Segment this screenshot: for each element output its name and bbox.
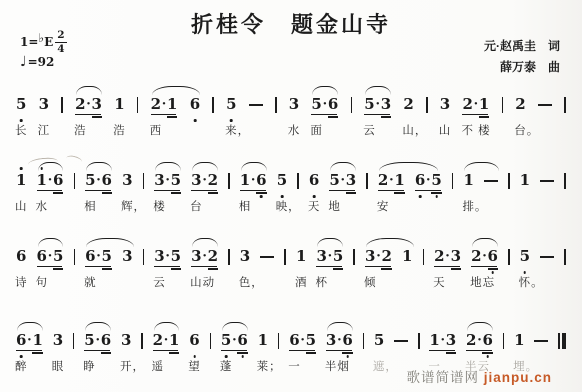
note-group: 2山， [403,96,413,113]
lyric-syllable: 水 [36,198,49,214]
sixteenth-beam [171,192,181,193]
sixteenth-beam [256,192,266,193]
note-number: 5 [374,332,384,349]
barline [502,97,504,113]
lyric-syllable: 楼 [153,198,166,214]
note-group: 3 [122,248,132,265]
sixteenth-beam [479,116,489,117]
note-group: 1浩 [114,96,124,113]
barline [74,249,76,265]
lyric-syllable: 水 [288,122,301,138]
sixteenth-beam [92,116,102,117]
note-group: 5来， [226,96,236,113]
barline [353,249,355,265]
note-number: 6 [342,332,352,349]
slur-arc [327,322,353,331]
quarter-note-icon: ♩ [20,54,27,70]
slur-arc [317,238,343,247]
note-number: 3 [121,332,131,349]
barline [508,173,510,189]
note-number: 1 [429,332,439,349]
time-signature: 2 4 [55,30,66,54]
note-number: 2 [378,172,388,189]
lyric-syllable: 半烟 [325,358,350,374]
sixteenth-beam [101,352,111,353]
slur-arc [366,238,414,247]
note-number: 2 [471,248,481,265]
lyric-syllable: 来， [225,122,250,138]
slur-arc [467,322,493,331]
sheet-music-page: 折桂令 题金山寺 1=♭E 2 4 ♩=92 元·赵禹圭 词 薛万泰 曲 5长3… [0,0,582,392]
note-group: 5长 [16,96,26,113]
note-group: 3·5杯 [316,248,343,265]
barline [423,249,425,265]
barline [74,173,76,189]
note-number: 5 [171,172,181,189]
note-group: 1埋。 [514,332,524,349]
note-number: 5 [53,248,63,265]
lyric-syllable: 醉 [15,358,28,374]
watermark: 歌谱简谱网 jianpu.cn [406,366,552,386]
note-number: 5 [226,96,236,113]
note-number: 3 [122,172,132,189]
note-group: 3辉， [122,172,132,189]
lyric-syllable: 莱； [257,358,282,374]
note-group: 1 [402,248,412,265]
note-number: 3 [365,248,375,265]
note-number: 1 [394,172,404,189]
duration-dash [394,340,408,342]
lyric-syllable: 云 [153,274,166,290]
lyric-syllable: 天 [433,274,446,290]
octave-dot-below [419,195,422,198]
key-signature: 1=♭E 2 4 [20,32,67,52]
lyric-syllable: 句 [36,274,49,290]
barline [73,333,75,349]
note-number: 1 [520,172,530,189]
note-number: 1 [167,96,177,113]
barline [143,173,145,189]
slur-arc [222,322,248,331]
meter-denominator: 4 [57,44,64,55]
note-group: 2台。 [515,96,525,113]
slur-arc [241,162,267,171]
watermark-site-name: 歌谱简谱网 [406,370,483,385]
duration-dash [484,180,498,182]
note-number: 1 [169,332,179,349]
slur-arc [379,162,438,171]
note-group: 3·5楼 [154,172,181,189]
music-line-2: 1山1·6水5·6相3辉，3·5楼3·2台1·6相5映，6天5·3地2·1安6·… [0,158,582,220]
note-group: 3江 [39,96,49,113]
key-letter: E [44,35,53,49]
slur-arc [192,238,218,247]
sixteenth-beam [32,352,42,353]
duration-dash [249,104,263,106]
lyric-syllable: 眼 [52,358,65,374]
slur-arc [86,238,134,247]
note-number: 1 [240,172,250,189]
note-number: 3 [53,332,63,349]
note-group: 2·1安 [378,172,405,189]
sixteenth-beam [431,192,441,193]
sixteenth-beam [171,268,181,269]
lyric-syllable: 不 楼 [461,122,490,138]
octave-dot-below [435,195,438,198]
lyric-syllable: 云 [363,122,376,138]
note-number: 1 [32,332,42,349]
note-number: 3 [381,96,391,113]
note-group: 5怀。 [520,248,530,265]
lyric-syllable: 相 [84,198,97,214]
note-number: 3 [191,248,201,265]
note-group: 2·1西 [151,96,178,113]
note-group: 1酒 [296,248,306,265]
final-barline [558,333,566,349]
note-number: 3 [326,332,336,349]
lyric-syllable: 江 [38,122,51,138]
lyric-syllable: 台。 [514,122,539,138]
slur-arc [154,322,180,331]
lyric-syllable: 遥 [152,358,165,374]
lyric-syllable: 安 [377,198,390,214]
note-group: 5映， [277,172,287,189]
note-number: 5 [16,96,26,113]
note-number: 3 [39,96,49,113]
lyric-syllable: 辉， [121,198,146,214]
note-number: 5 [520,248,530,265]
note-number: 2 [462,96,472,113]
sixteenth-beam [167,116,177,117]
note-number: 3 [122,248,132,265]
note-number: 6 [37,248,47,265]
barline [228,173,230,189]
note-group: 2·1不 楼 [462,96,489,113]
slur-arc [464,162,498,171]
sixteenth-beam [488,268,498,269]
note-group: 2·6半云 [466,332,493,349]
note-group: 3·2山动 [191,248,218,265]
lyric-syllable: 山 [15,198,28,214]
note-group: 3·5云 [154,248,181,265]
lyric-syllable: 倾 [364,274,377,290]
slur-arc [38,238,64,247]
slur-arc [472,238,498,247]
note-group: 5·6蓬 [221,332,248,349]
note-number: 5 [333,248,343,265]
slur-arc [192,162,218,171]
barline [137,97,139,113]
note-number: 2 [515,96,525,113]
note-number: 5 [102,248,112,265]
sixteenth-beam [169,352,179,353]
note-number: 5 [431,172,441,189]
note-group: 3色， [240,248,250,265]
note-group: 1 [520,172,530,189]
slur-arc [152,86,200,95]
key-tempo-block: 1=♭E 2 4 ♩=92 [20,32,67,70]
octave-dot-below [194,119,197,122]
note-number: 5 [311,96,321,113]
note-number: 6 [488,248,498,265]
note-number: 6 [328,96,338,113]
sixteenth-beam [346,192,356,193]
sixteenth-beam [451,268,461,269]
slur-arc [155,162,181,171]
tempo-value: =92 [28,55,55,69]
barline [228,249,230,265]
note-group: 1·6水 [37,172,64,189]
barline [363,333,365,349]
lyric-syllable: 山， [402,122,427,138]
note-number: 2 [403,96,413,113]
lyric-syllable: 面 [310,122,323,138]
note-number: 6 [237,332,247,349]
slur-arc [312,86,338,95]
note-group: 1·3一 [429,332,456,349]
slur-arc [330,162,356,171]
note-number: 3 [446,332,456,349]
note-number: 2 [466,332,476,349]
sixteenth-beam [306,352,316,353]
lyric-syllable: 睁 [83,358,96,374]
note-number: 3 [451,248,461,265]
note-group: 3山 [440,96,450,113]
lyric-syllable: 色， [239,274,264,290]
note-number: 2 [75,96,85,113]
lyric-syllable: 酒 [295,274,308,290]
duration-dash [534,340,548,342]
sixteenth-beam [333,268,343,269]
note-number: 6 [102,172,112,189]
lyricist-credit: 元·赵禹圭 词 [484,36,560,57]
note-number: 2 [151,96,161,113]
note-number: 5 [84,332,94,349]
note-number: 6 [482,332,492,349]
note-number: 3 [316,248,326,265]
note-number: 1 [37,172,47,189]
note-number: 1 [16,172,26,189]
lyric-syllable: 浩 [113,122,126,138]
note-group: 1·6相 [240,172,267,189]
key-prefix: 1= [20,35,38,49]
sixteenth-beam [394,192,404,193]
note-number: 1 [402,248,412,265]
note-group: 1山 [16,172,26,189]
note-number: 5 [277,172,287,189]
note-number: 5 [306,332,316,349]
note-group: 5·6面 [311,96,338,113]
note-number: 1 [258,332,268,349]
note-number: 6 [190,96,200,113]
lyric-syllable: 怀。 [519,274,544,290]
slur-arc [17,322,43,331]
sixteenth-beam [53,192,63,193]
duration-dash [540,180,554,182]
note-group: 2·1遥 [153,332,180,349]
note-group: 6望 [189,332,199,349]
note-group: 1莱； [258,332,268,349]
note-group: 5·3云 [364,96,391,113]
barline [284,249,286,265]
octave-dot-below [241,355,244,358]
slur-arc [85,322,111,331]
note-group: 3·2倾 [365,248,392,265]
octave-dot-above [40,167,43,170]
lyric-syllable: 浩 [74,122,87,138]
sixteenth-beam [342,352,352,353]
lyric-syllable: 排。 [462,198,487,214]
barline [351,97,353,113]
lyric-syllable: 长 [15,122,28,138]
tempo-marking: ♩=92 [20,54,67,70]
lyric-syllable: 开， [120,358,145,374]
note-number: 5 [221,332,231,349]
music-line-3: 6诗6·5句6·5就33·5云3·2山动3色，1酒3·5杯3·2倾12·3天2·… [0,234,582,296]
lyric-syllable: 遮， [373,358,398,374]
barline [210,333,212,349]
sixteenth-beam [381,268,391,269]
watermark-brand-link[interactable]: jianpu.cn [484,370,552,385]
note-group: 2·3浩 [75,96,102,113]
note-number: 2 [153,332,163,349]
lyric-syllable: 一 [288,358,301,374]
note-number: 3 [154,248,164,265]
lyric-syllable: 山动 [190,274,215,290]
meter-numerator: 2 [55,30,66,43]
barline [275,97,277,113]
lyric-syllable: 地忘 [470,274,495,290]
note-number: 3 [154,172,164,189]
note-group: 6·5就 [85,248,112,265]
note-number: 2 [381,248,391,265]
note-number: 3 [289,96,299,113]
slur-arc [365,86,391,95]
duration-dash [538,104,552,106]
barline [452,173,454,189]
song-title: 折桂令 题金山寺 [0,8,582,39]
note-group: 6诗 [16,248,26,265]
composer-credit: 薛万泰 曲 [484,57,560,78]
lyric-syllable: 山 [439,122,452,138]
note-group: 6 [190,96,200,113]
lyric-syllable: 天 [308,198,321,214]
barline [141,333,143,349]
flat-icon: ♭ [38,31,44,45]
note-group: 3·2台 [191,172,218,189]
note-number: 6 [256,172,266,189]
slur-arc [76,86,102,95]
note-number: 1 [114,96,124,113]
note-number: 6 [309,172,319,189]
note-number: 3 [346,172,356,189]
note-group: 3开， [121,332,131,349]
barline [564,97,566,113]
note-number: 6 [16,248,26,265]
note-number: 6 [415,172,425,189]
note-group: 6天 [309,172,319,189]
credits-block: 元·赵禹圭 词 薛万泰 曲 [484,36,560,78]
note-number: 3 [440,96,450,113]
sixteenth-beam [208,268,218,269]
sixteenth-beam [237,352,247,353]
note-number: 1 [514,332,524,349]
note-group: 6·5 [415,172,442,189]
barline [212,97,214,113]
note-group: 3眼 [53,332,63,349]
barline [278,333,280,349]
barline [143,249,145,265]
note-number: 6 [85,248,95,265]
note-number: 3 [191,172,201,189]
note-group: 5·6睁 [84,332,111,349]
lyric-syllable: 杯 [315,274,328,290]
note-number: 5 [364,96,374,113]
lyric-syllable: 诗 [15,274,28,290]
note-number: 6 [53,172,63,189]
barline [61,97,63,113]
lyric-syllable: 映， [276,198,301,214]
sixteenth-beam [446,352,456,353]
sixteenth-beam [53,268,63,269]
note-group: 3·6半烟 [326,332,353,349]
note-number: 2 [208,248,218,265]
barline [297,173,299,189]
music-line-1: 5长3江2·3浩1浩2·1西65来，3水5·6面5·3云2山，3山2·1不 楼2… [0,82,582,144]
note-number: 1 [296,248,306,265]
note-group: 6·5一 [289,332,316,349]
note-group: 5遮， [374,332,384,349]
note-group: 5·3地 [329,172,356,189]
note-number: 3 [240,248,250,265]
note-group: 6·5句 [37,248,64,265]
sixteenth-beam [102,192,112,193]
octave-dot-above [20,167,23,170]
barline [508,249,510,265]
note-group: 5·6相 [85,172,112,189]
lyric-syllable: 西 [150,122,163,138]
duration-dash [260,256,274,258]
barline [503,333,505,349]
sixteenth-beam [102,268,112,269]
barline [426,97,428,113]
duration-dash [540,256,554,258]
barline [564,173,566,189]
lyric-syllable: 相 [239,198,252,214]
note-number: 6 [289,332,299,349]
note-number: 6 [101,332,111,349]
note-group: 3水 [289,96,299,113]
sixteenth-beam [482,352,492,353]
note-group: 6·1醉 [16,332,43,349]
note-number: 5 [329,172,339,189]
note-number: 1 [479,96,489,113]
note-number: 1 [463,172,473,189]
lyric-syllable: 望 [188,358,201,374]
note-group: 2·6地忘 [471,248,498,265]
pencil-mark [65,154,82,166]
note-group: 2·3天 [434,248,461,265]
sixteenth-beam [381,116,391,117]
sixteenth-beam [328,116,338,117]
note-group: 1排。 [463,172,473,189]
slur-arc [86,162,112,171]
barline [366,173,368,189]
lyric-syllable: 就 [84,274,97,290]
lyric-syllable: 蓬 [220,358,233,374]
note-number: 2 [208,172,218,189]
note-number: 6 [189,332,199,349]
